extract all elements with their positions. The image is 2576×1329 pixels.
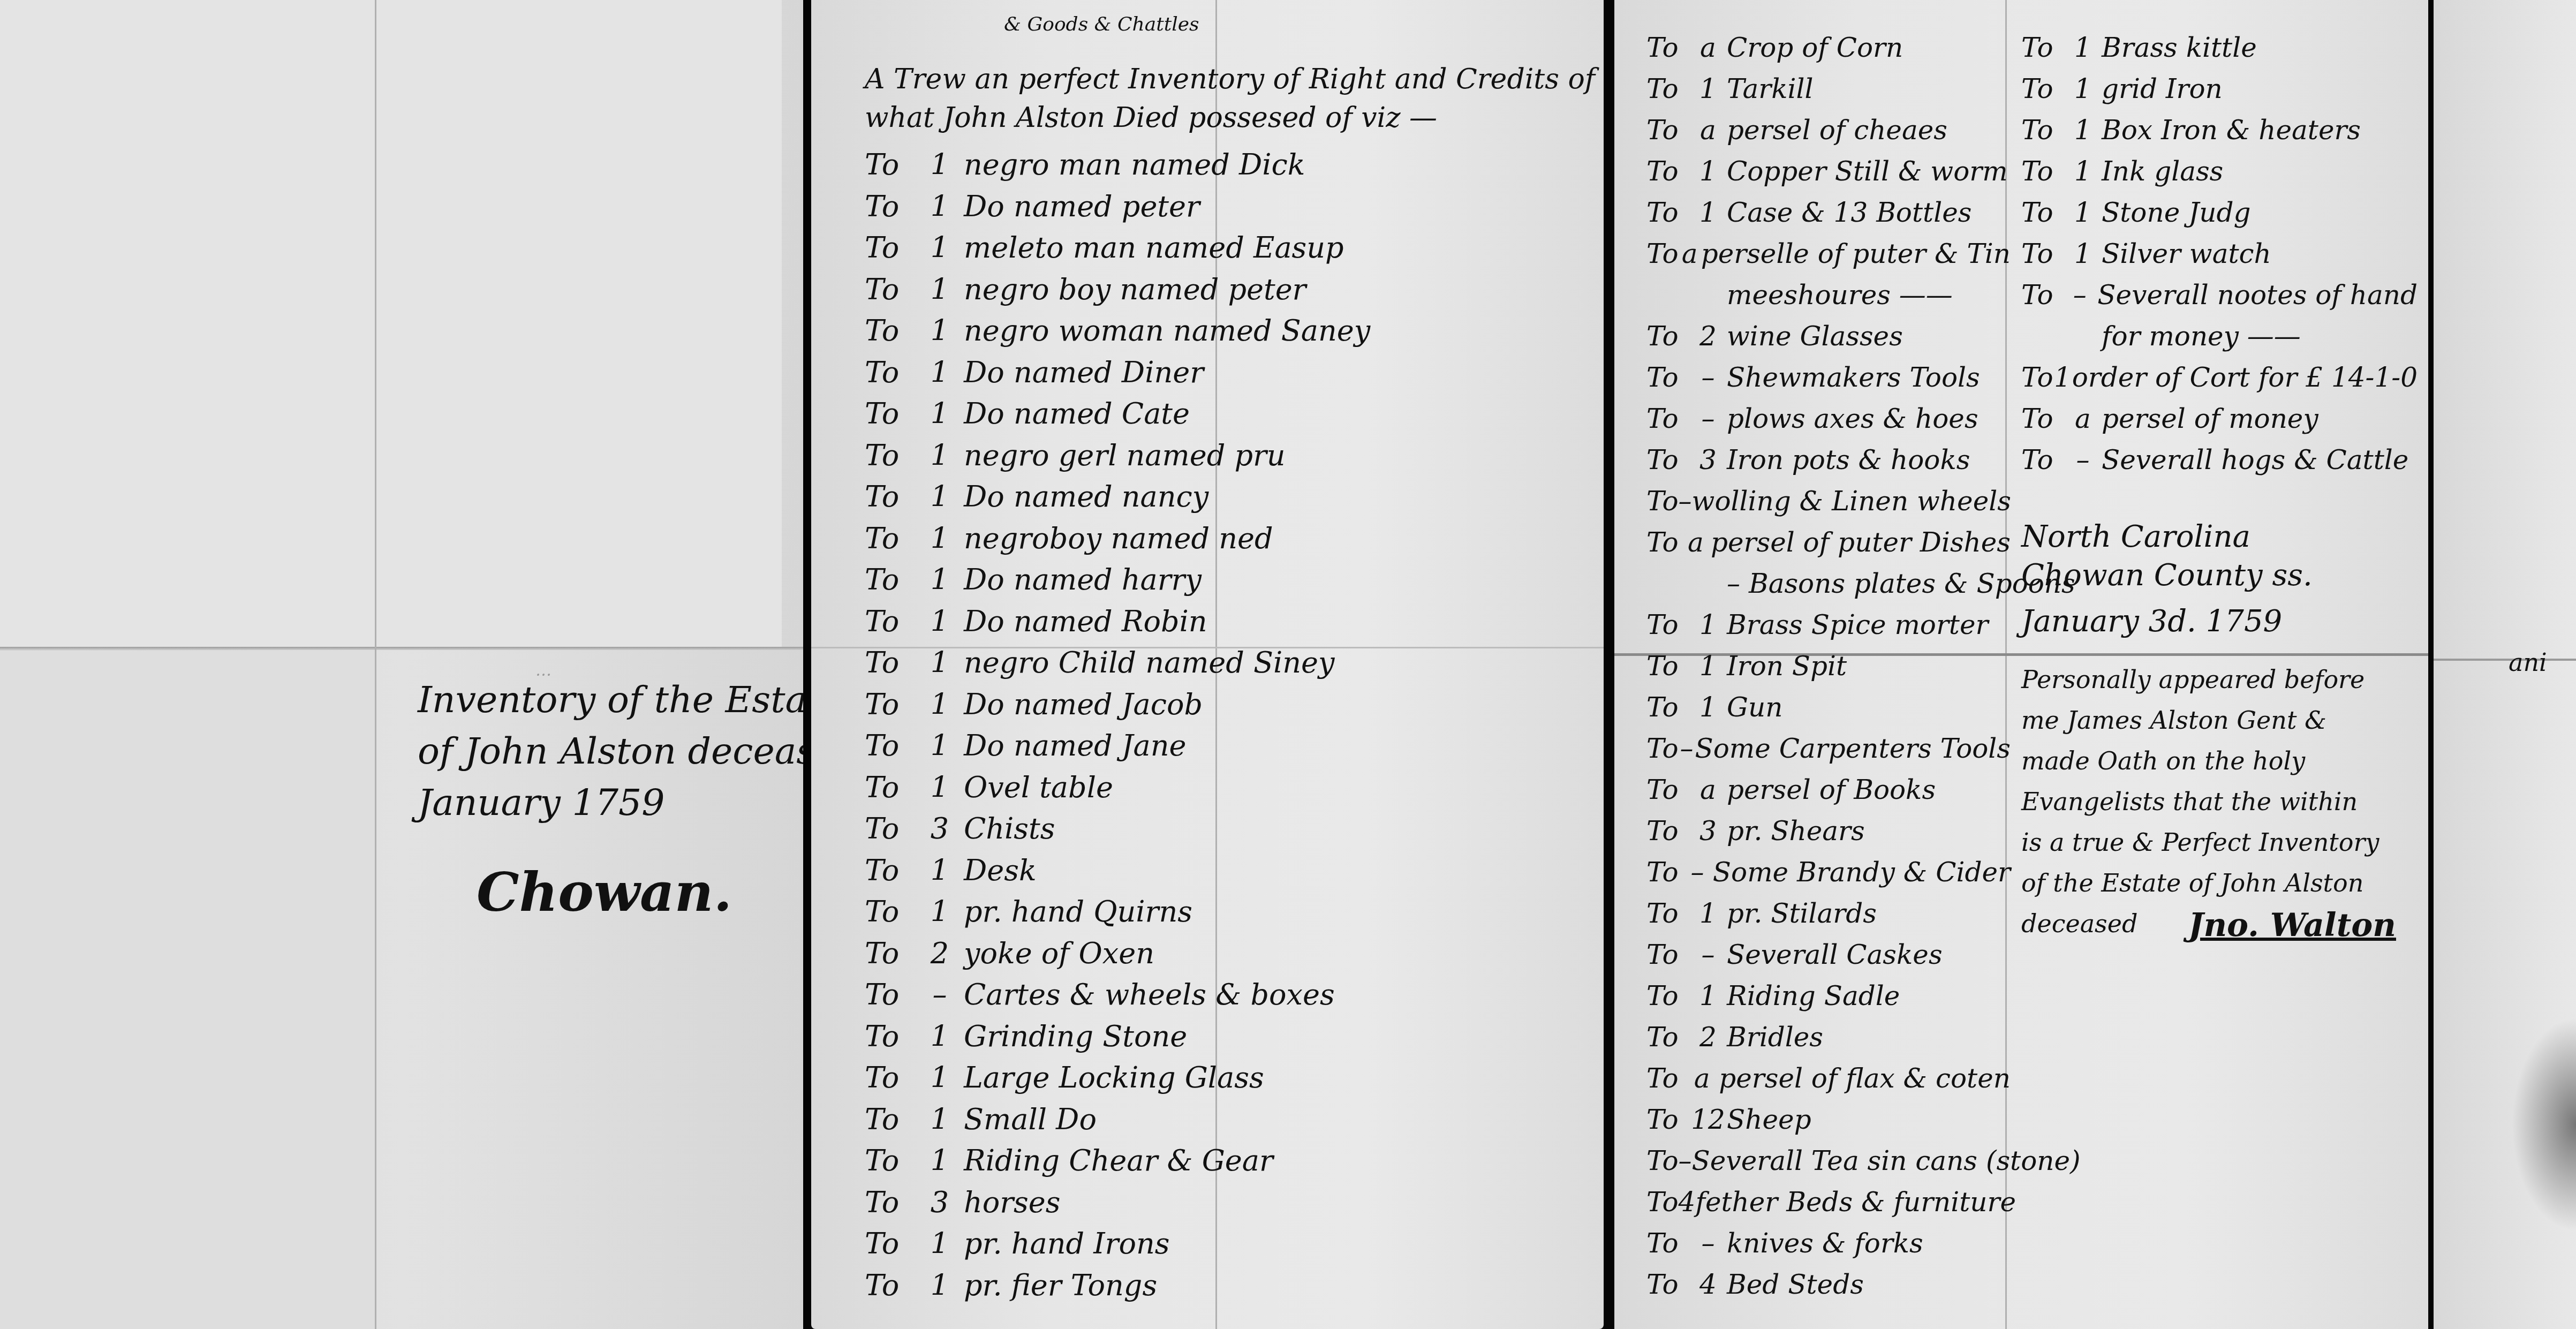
item-to: To — [865, 688, 916, 721]
item-to: To — [865, 1185, 916, 1219]
item-desc: pr. Shears — [1727, 815, 1865, 847]
inventory-item: To1pr. fier Tongs — [865, 1268, 1582, 1310]
inventory-item: To1Brass kittle — [2021, 32, 2418, 73]
item-to: To — [2021, 115, 2064, 146]
item-qty: – — [1679, 733, 1695, 764]
inventory-item: To2Bridles — [1646, 1022, 2011, 1063]
item-desc: Gun — [1727, 692, 1782, 723]
inventory-item: To3Iron pots & hooks — [1646, 444, 2011, 486]
item-to: To — [1646, 486, 1679, 517]
item-qty: 2 — [1689, 321, 1727, 352]
item-desc: Iron pots & hooks — [1727, 444, 1970, 475]
item-qty: 1 — [1689, 898, 1727, 929]
docket: Inventory of the Estate of John Alston d… — [418, 675, 792, 918]
item-desc: Grinding Stone — [964, 1020, 1187, 1053]
inventory-item: To1Stone Judg — [2021, 197, 2418, 238]
inventory-item: To–Severall hogs & Cattle — [2021, 444, 2418, 486]
inventory-item: To1Do named nancy — [865, 480, 1582, 522]
item-desc: pr. hand Quirns — [964, 895, 1192, 928]
item-desc: Some Brandy & Cider — [1713, 857, 2011, 888]
item-desc: Do named Jane — [964, 729, 1186, 762]
item-to: To — [1646, 1104, 1689, 1135]
item-to: To — [865, 854, 916, 887]
venue-line-1: North Carolina — [2021, 518, 2418, 556]
item-qty: a — [2064, 403, 2102, 434]
item-to: To — [865, 356, 916, 389]
item-desc: yoke of Oxen — [964, 937, 1154, 970]
item-qty: – — [1689, 403, 1727, 434]
vertical-fold — [375, 0, 376, 1329]
item-qty: – — [1679, 486, 1692, 517]
inventory-item: To1Do named Jane — [865, 729, 1582, 771]
item-to: To — [865, 439, 916, 472]
item-qty: 3 — [1689, 815, 1727, 847]
item-desc: Ink glass — [2102, 156, 2223, 187]
item-to: To — [865, 1227, 916, 1260]
item-qty: 1 — [1689, 197, 1727, 228]
item-desc: Do named nancy — [964, 480, 1208, 514]
inventory-item: To1Riding Chear & Gear — [865, 1144, 1582, 1185]
item-qty: a — [1689, 115, 1727, 146]
item-to: To — [1646, 1022, 1689, 1053]
inventory-item: To1negro man named Dick — [865, 148, 1582, 190]
item-to: To — [2021, 444, 2064, 475]
item-desc: Desk — [964, 854, 1037, 887]
inventory-page-2: ToaCrop of CornTo1TarkillToapersel of ch… — [1614, 0, 2428, 1329]
inventory-item: To1meleto man named Easup — [865, 231, 1582, 273]
item-desc: Copper Still & worm — [1727, 156, 2008, 187]
inventory-item: To4Bed Steds — [1646, 1269, 2011, 1310]
item-qty: 1 — [916, 605, 964, 638]
oath-line: of the Estate of John Alston — [2021, 863, 2418, 903]
item-desc: grid Iron — [2102, 73, 2223, 104]
inventory-item: To1negro Child named Siney — [865, 646, 1582, 688]
docket-county: Chowan. — [477, 866, 792, 918]
inventory-item: Toapersel of money — [2021, 403, 2418, 444]
inventory-item: To1Do named Jacob — [865, 688, 1582, 729]
inventory-item: To2yoke of Oxen — [865, 937, 1582, 978]
item-qty: 1 — [916, 148, 964, 182]
item-to: To — [865, 148, 916, 182]
item-to: To — [865, 812, 916, 845]
inventory-item: To1Grinding Stone — [865, 1020, 1582, 1061]
item-desc: horses — [964, 1185, 1060, 1219]
inventory-item: To–Some Brandy & Cider — [1646, 857, 2011, 898]
inventory-item: To1Desk — [865, 854, 1582, 895]
item-qty: 2 — [1689, 1022, 1727, 1053]
item-qty: 1 — [916, 231, 964, 265]
item-desc: negro woman named Saney — [964, 314, 1370, 348]
inventory-list: To1Brass kittleTo1grid IronTo1Box Iron &… — [2021, 32, 2418, 486]
item-desc: Some Carpenters Tools — [1695, 733, 2011, 764]
inventory-item: To1Iron Spit — [1646, 651, 2011, 692]
item-to: To — [865, 895, 916, 928]
item-desc: plows axes & hoes — [1727, 403, 1978, 434]
oath-line: made Oath on the holy — [2021, 741, 2418, 781]
item-qty: 12 — [1689, 1104, 1727, 1135]
item-to: To — [865, 605, 916, 638]
item-to: To — [865, 563, 916, 596]
inventory-item: To1grid Iron — [2021, 73, 2418, 115]
inventory-item: To1Ink glass — [2021, 156, 2418, 197]
item-desc: Ovel table — [964, 771, 1113, 804]
item-desc: Brass Spice morter — [1727, 609, 1988, 640]
item-to: To — [2021, 280, 2062, 311]
item-desc: perselle of puter & Tin — [1701, 238, 2011, 269]
horizontal-fold — [2434, 659, 2576, 661]
item-qty: 1 — [916, 646, 964, 679]
cover-panel-upper — [0, 0, 782, 648]
item-qty: 4 — [1679, 1187, 1696, 1218]
item-to: To — [2021, 73, 2064, 104]
item-qty: 1 — [916, 439, 964, 472]
item-desc: for money —— — [2102, 321, 2301, 352]
inventory-item: To1negro woman named Saney — [865, 314, 1582, 356]
inventory-item: To1Case & 13 Bottles — [1646, 197, 2011, 238]
item-qty: 1 — [916, 522, 964, 555]
inventory-item: To–Severall Caskes — [1646, 939, 2011, 980]
item-qty: 1 — [916, 1020, 964, 1053]
item-to: To — [2021, 238, 2064, 269]
item-to: To — [1646, 362, 1689, 393]
item-desc: Bed Steds — [1727, 1269, 1864, 1300]
inventory-page-1: & Goods & Chattles A Trew an perfect Inv… — [811, 0, 1604, 1329]
item-qty: 1 — [2064, 115, 2102, 146]
item-to: To — [1646, 1228, 1689, 1259]
inventory-item: To–Cartes & wheels & boxes — [865, 978, 1582, 1020]
inventory-item: Toapersel of Books — [1646, 774, 2011, 815]
inventory-item: To1negro gerl named pru — [865, 439, 1582, 480]
item-desc: persel of puter Dishes — [1711, 527, 2011, 558]
item-desc: Shewmakers Tools — [1727, 362, 1980, 393]
inventory-item: To1Silver watch — [2021, 238, 2418, 280]
inventory-item: To1Copper Still & worm — [1646, 156, 2011, 197]
item-to: To — [1646, 898, 1689, 929]
item-qty: – — [1689, 362, 1727, 393]
inventory-item: To1Small Do — [865, 1103, 1582, 1144]
horizontal-fold — [0, 647, 803, 650]
inventory-item: To1Do named Cate — [865, 397, 1582, 439]
item-desc: Do named Jacob — [964, 688, 1203, 721]
item-qty: 1 — [1689, 651, 1727, 682]
item-desc: pr. Stilards — [1727, 898, 1877, 929]
oath-line: Personally appeared before — [2021, 659, 2418, 700]
item-qty: 1 — [1689, 73, 1727, 104]
item-qty: 1 — [916, 1144, 964, 1177]
item-qty: – — [2062, 280, 2097, 311]
heading-line-1: A Trew an perfect Inventory of Right and… — [865, 60, 1582, 99]
inventory-item: Toaperselle of puter & Tin — [1646, 238, 2011, 280]
oath-line: Evangelists that the within — [2021, 781, 2418, 822]
item-desc: negro boy named peter — [964, 273, 1306, 306]
item-desc: Do named Diner — [964, 356, 1204, 389]
item-qty: 1 — [916, 895, 964, 928]
item-to: To — [2021, 156, 2064, 187]
item-desc: Do named Cate — [964, 397, 1190, 431]
item-desc: Small Do — [964, 1103, 1097, 1136]
item-desc: order of Cort for £ 14-1-0 — [2072, 362, 2418, 393]
item-qty: 1 — [916, 1227, 964, 1260]
item-to: To — [1646, 774, 1689, 805]
item-to: To — [1646, 403, 1689, 434]
item-to: To — [865, 273, 916, 306]
item-to: To — [1646, 444, 1689, 475]
item-to: To — [1646, 197, 1689, 228]
item-qty: 3 — [916, 812, 964, 845]
item-to: To — [865, 522, 916, 555]
item-desc: Case & 13 Bottles — [1727, 197, 1971, 228]
item-to: To — [1646, 815, 1689, 847]
item-desc: negro gerl named pru — [964, 439, 1286, 472]
item-desc: persel of Books — [1727, 774, 1936, 805]
inventory-item: To–Some Carpenters Tools — [1646, 733, 2011, 774]
inventory-item: To3pr. Shears — [1646, 815, 2011, 857]
item-qty: 1 — [1689, 692, 1727, 723]
item-desc: Sheep — [1727, 1104, 1811, 1135]
item-desc: persel of money — [2102, 403, 2318, 434]
item-to: To — [2021, 32, 2064, 63]
inventory-item: To1Tarkill — [1646, 73, 2011, 115]
item-desc: persel of flax & coten — [1719, 1063, 2011, 1094]
item-qty: – — [916, 978, 964, 1011]
item-desc: Cartes & wheels & boxes — [964, 978, 1335, 1011]
item-desc: Severall hogs & Cattle — [2102, 444, 2408, 475]
item-qty: 1 — [2064, 32, 2102, 63]
item-qty: 1 — [916, 771, 964, 804]
item-qty: 1 — [916, 729, 964, 762]
inventory-item: To1negroboy named ned — [865, 522, 1582, 563]
item-to: To — [865, 937, 916, 970]
inventory-item: To4fether Beds & furniture — [1646, 1187, 2011, 1228]
item-qty: 1 — [916, 356, 964, 389]
item-qty: a — [1689, 774, 1727, 805]
item-qty: 1 — [916, 1268, 964, 1302]
inventory-item: To12Sheep — [1646, 1104, 2011, 1145]
item-desc: negro Child named Siney — [964, 646, 1335, 679]
item-desc: Do named Robin — [964, 605, 1207, 638]
inventory-item: To1Brass Spice morter — [1646, 609, 2011, 651]
item-to: To — [1646, 651, 1689, 682]
item-to: To — [865, 1144, 916, 1177]
item-qty: 2 — [916, 937, 964, 970]
inventory-item: To1Ovel table — [865, 771, 1582, 812]
binding-spine — [2428, 0, 2434, 1329]
item-to: To — [1646, 32, 1689, 63]
item-to: To — [865, 1061, 916, 1094]
inventory-item: meeshoures —— — [1646, 280, 2011, 321]
heading-line-2: what John Alston Died possesed of viz — — [865, 99, 1582, 137]
inventory-item: Toapersel of cheaes — [1646, 115, 2011, 156]
item-desc: pr. hand Irons — [964, 1227, 1169, 1260]
item-desc: Tarkill — [1727, 73, 1813, 104]
inventory-item: To3Chists — [865, 812, 1582, 854]
item-desc: wine Glasses — [1727, 321, 1903, 352]
item-to: To — [865, 729, 916, 762]
item-qty: – — [1679, 1145, 1692, 1176]
inventory-item: To1pr. hand Quirns — [865, 895, 1582, 937]
adjacent-page-fragment: ani — [2434, 0, 2576, 1329]
item-to: To — [865, 231, 916, 265]
item-desc: Riding Chear & Gear — [964, 1144, 1273, 1177]
inventory-column-b: To1Brass kittleTo1grid IronTo1Box Iron &… — [2021, 21, 2418, 944]
jurat-date: January 3d. 1759 — [2021, 600, 2418, 643]
item-qty: 1 — [1689, 609, 1727, 640]
item-qty: – — [1682, 857, 1713, 888]
item-qty: – — [1689, 1228, 1727, 1259]
item-desc: Box Iron & heaters — [2102, 115, 2361, 146]
docket-subject: of John Alston deceased — [418, 726, 792, 777]
item-to: To — [1646, 1063, 1685, 1094]
item-desc: Silver watch — [2102, 238, 2271, 269]
item-to: To — [1646, 1187, 1679, 1218]
item-desc: Iron Spit — [1727, 651, 1847, 682]
item-desc: pr. fier Tongs — [964, 1268, 1157, 1302]
inventory-column-a: ToaCrop of CornTo1TarkillToapersel of ch… — [1646, 21, 2011, 1310]
item-desc: negroboy named ned — [964, 522, 1273, 555]
item-qty: 3 — [916, 1185, 964, 1219]
item-qty: 4 — [1689, 1269, 1727, 1300]
item-qty: 1 — [2064, 156, 2102, 187]
item-desc: Chists — [964, 812, 1055, 845]
heading-interlinear: & Goods & Chattles — [1004, 5, 1582, 44]
item-qty: a — [1679, 238, 1701, 269]
inventory-item: To–Shewmakers Tools — [1646, 362, 2011, 403]
item-qty: 1 — [916, 1061, 964, 1094]
inventory-item: To3horses — [865, 1185, 1582, 1227]
docket-date: January 1759 — [418, 777, 792, 829]
item-qty: 1 — [1689, 980, 1727, 1011]
item-desc: Do named harry — [964, 563, 1202, 596]
inventory-item: Toapersel of flax & coten — [1646, 1063, 2011, 1104]
shadow — [2512, 1017, 2576, 1232]
item-qty: 1 — [1689, 156, 1727, 187]
item-to: To — [1646, 609, 1689, 640]
item-qty: a — [1681, 527, 1711, 558]
inventory-item: To1Do named harry — [865, 563, 1582, 605]
inventory-item: To1Do named Robin — [865, 605, 1582, 646]
item-desc: Brass kittle — [2102, 32, 2257, 63]
oath-line: me James Alston Gent & — [2021, 700, 2418, 741]
item-desc: Large Locking Glass — [964, 1061, 1264, 1094]
inventory-item: To1order of Cort for £ 14-1-0 — [2021, 362, 2418, 403]
inventory-item: To1Riding Sadle — [1646, 980, 2011, 1022]
item-qty: – — [1689, 939, 1727, 970]
item-to: To — [2021, 362, 2053, 393]
item-qty: 1 — [2064, 238, 2102, 269]
venue-line-2: Chowan County ss. — [2021, 556, 2418, 595]
item-qty: a — [1689, 32, 1727, 63]
item-to: To — [865, 1268, 916, 1302]
binding-spine — [803, 0, 811, 1329]
item-qty: – — [2064, 444, 2102, 475]
item-to: To — [1646, 692, 1689, 723]
inventory-item: ToaCrop of Corn — [1646, 32, 2011, 73]
cover-page: … Inventory of the Estate of John Alston… — [0, 0, 803, 1329]
item-to: To — [865, 771, 916, 804]
item-to: To — [2021, 403, 2064, 434]
item-to: To — [2021, 197, 2064, 228]
item-to: To — [865, 480, 916, 514]
inventory-item: Toapersel of puter Dishes — [1646, 527, 2011, 568]
item-desc: Severall Caskes — [1727, 939, 1943, 970]
inventory-item: To–Severall nootes of hand — [2021, 280, 2418, 321]
item-to: To — [865, 1103, 916, 1136]
inventory-item: To1negro boy named peter — [865, 273, 1582, 314]
item-to: To — [865, 314, 916, 348]
inventory-item: To–knives & forks — [1646, 1228, 2011, 1269]
item-qty: a — [1685, 1063, 1719, 1094]
item-desc: meleto man named Easup — [964, 231, 1344, 265]
inventory-item: for money —— — [2021, 321, 2418, 362]
item-to: To — [1646, 527, 1681, 558]
inventory-item: To1pr. hand Irons — [865, 1227, 1582, 1268]
item-to: To — [1646, 321, 1689, 352]
item-to: To — [1646, 733, 1679, 764]
fragment-text: ani — [2509, 648, 2547, 677]
item-qty: 1 — [916, 273, 964, 306]
item-qty: 3 — [1689, 444, 1727, 475]
item-desc: Bridles — [1727, 1022, 1823, 1053]
item-desc: meeshoures —— — [1727, 280, 1953, 311]
item-to: To — [1646, 1145, 1679, 1176]
inventory-item: To–Severall Tea sin cans (stone) — [1646, 1145, 2011, 1187]
item-desc: negro man named Dick — [964, 148, 1305, 182]
item-to: To — [865, 397, 916, 431]
item-qty: 1 — [916, 480, 964, 514]
cover-panel-lower-left — [0, 651, 375, 1329]
item-to: To — [865, 190, 916, 223]
docket-title: Inventory of the Estate — [418, 675, 792, 726]
item-to: To — [1646, 73, 1689, 104]
item-desc: Do named peter — [964, 190, 1200, 223]
inventory-item: To1Do named peter — [865, 190, 1582, 231]
item-qty: 1 — [916, 397, 964, 431]
inventory-list: ToaCrop of CornTo1TarkillToapersel of ch… — [1646, 32, 2011, 1310]
item-desc: fether Beds & furniture — [1695, 1187, 2016, 1218]
item-to: To — [865, 978, 916, 1011]
oath-line: is a true & Perfect Inventory — [2021, 822, 2418, 863]
inventory-item: To1pr. Stilards — [1646, 898, 2011, 939]
item-to: To — [1646, 115, 1689, 146]
item-qty: 1 — [2053, 362, 2072, 393]
item-desc: Riding Sadle — [1727, 980, 1900, 1011]
item-to: To — [865, 646, 916, 679]
item-desc: Severall Tea sin cans (stone) — [1692, 1145, 2081, 1176]
inventory-list: To1negro man named DickTo1Do named peter… — [865, 148, 1582, 1310]
inventory-item: To–wolling & Linen wheels — [1646, 486, 2011, 527]
item-qty: 1 — [916, 688, 964, 721]
inventory-item: To1Do named Diner — [865, 356, 1582, 397]
item-desc: persel of cheaes — [1727, 115, 1947, 146]
jurat: North Carolina Chowan County ss. January… — [2021, 518, 2418, 944]
item-desc: Crop of Corn — [1727, 32, 1903, 63]
inventory-heading: & Goods & Chattles A Trew an perfect Inv… — [865, 21, 1582, 137]
inventory-item: To1Gun — [1646, 692, 2011, 733]
item-qty: 1 — [2064, 197, 2102, 228]
item-to: To — [1646, 238, 1679, 269]
inventory-item: To–plows axes & hoes — [1646, 403, 2011, 444]
item-desc: wolling & Linen wheels — [1692, 486, 2011, 517]
item-qty: 1 — [916, 190, 964, 223]
binding-spine — [1604, 0, 1614, 1329]
item-qty: 1 — [916, 854, 964, 887]
item-qty: 1 — [2064, 73, 2102, 104]
item-to: To — [1646, 939, 1689, 970]
item-to: To — [1646, 857, 1682, 888]
oath-text: Personally appeared beforeme James Alsto… — [2021, 659, 2418, 944]
inventory-item: To2wine Glasses — [1646, 321, 2011, 362]
item-to: To — [865, 1020, 916, 1053]
